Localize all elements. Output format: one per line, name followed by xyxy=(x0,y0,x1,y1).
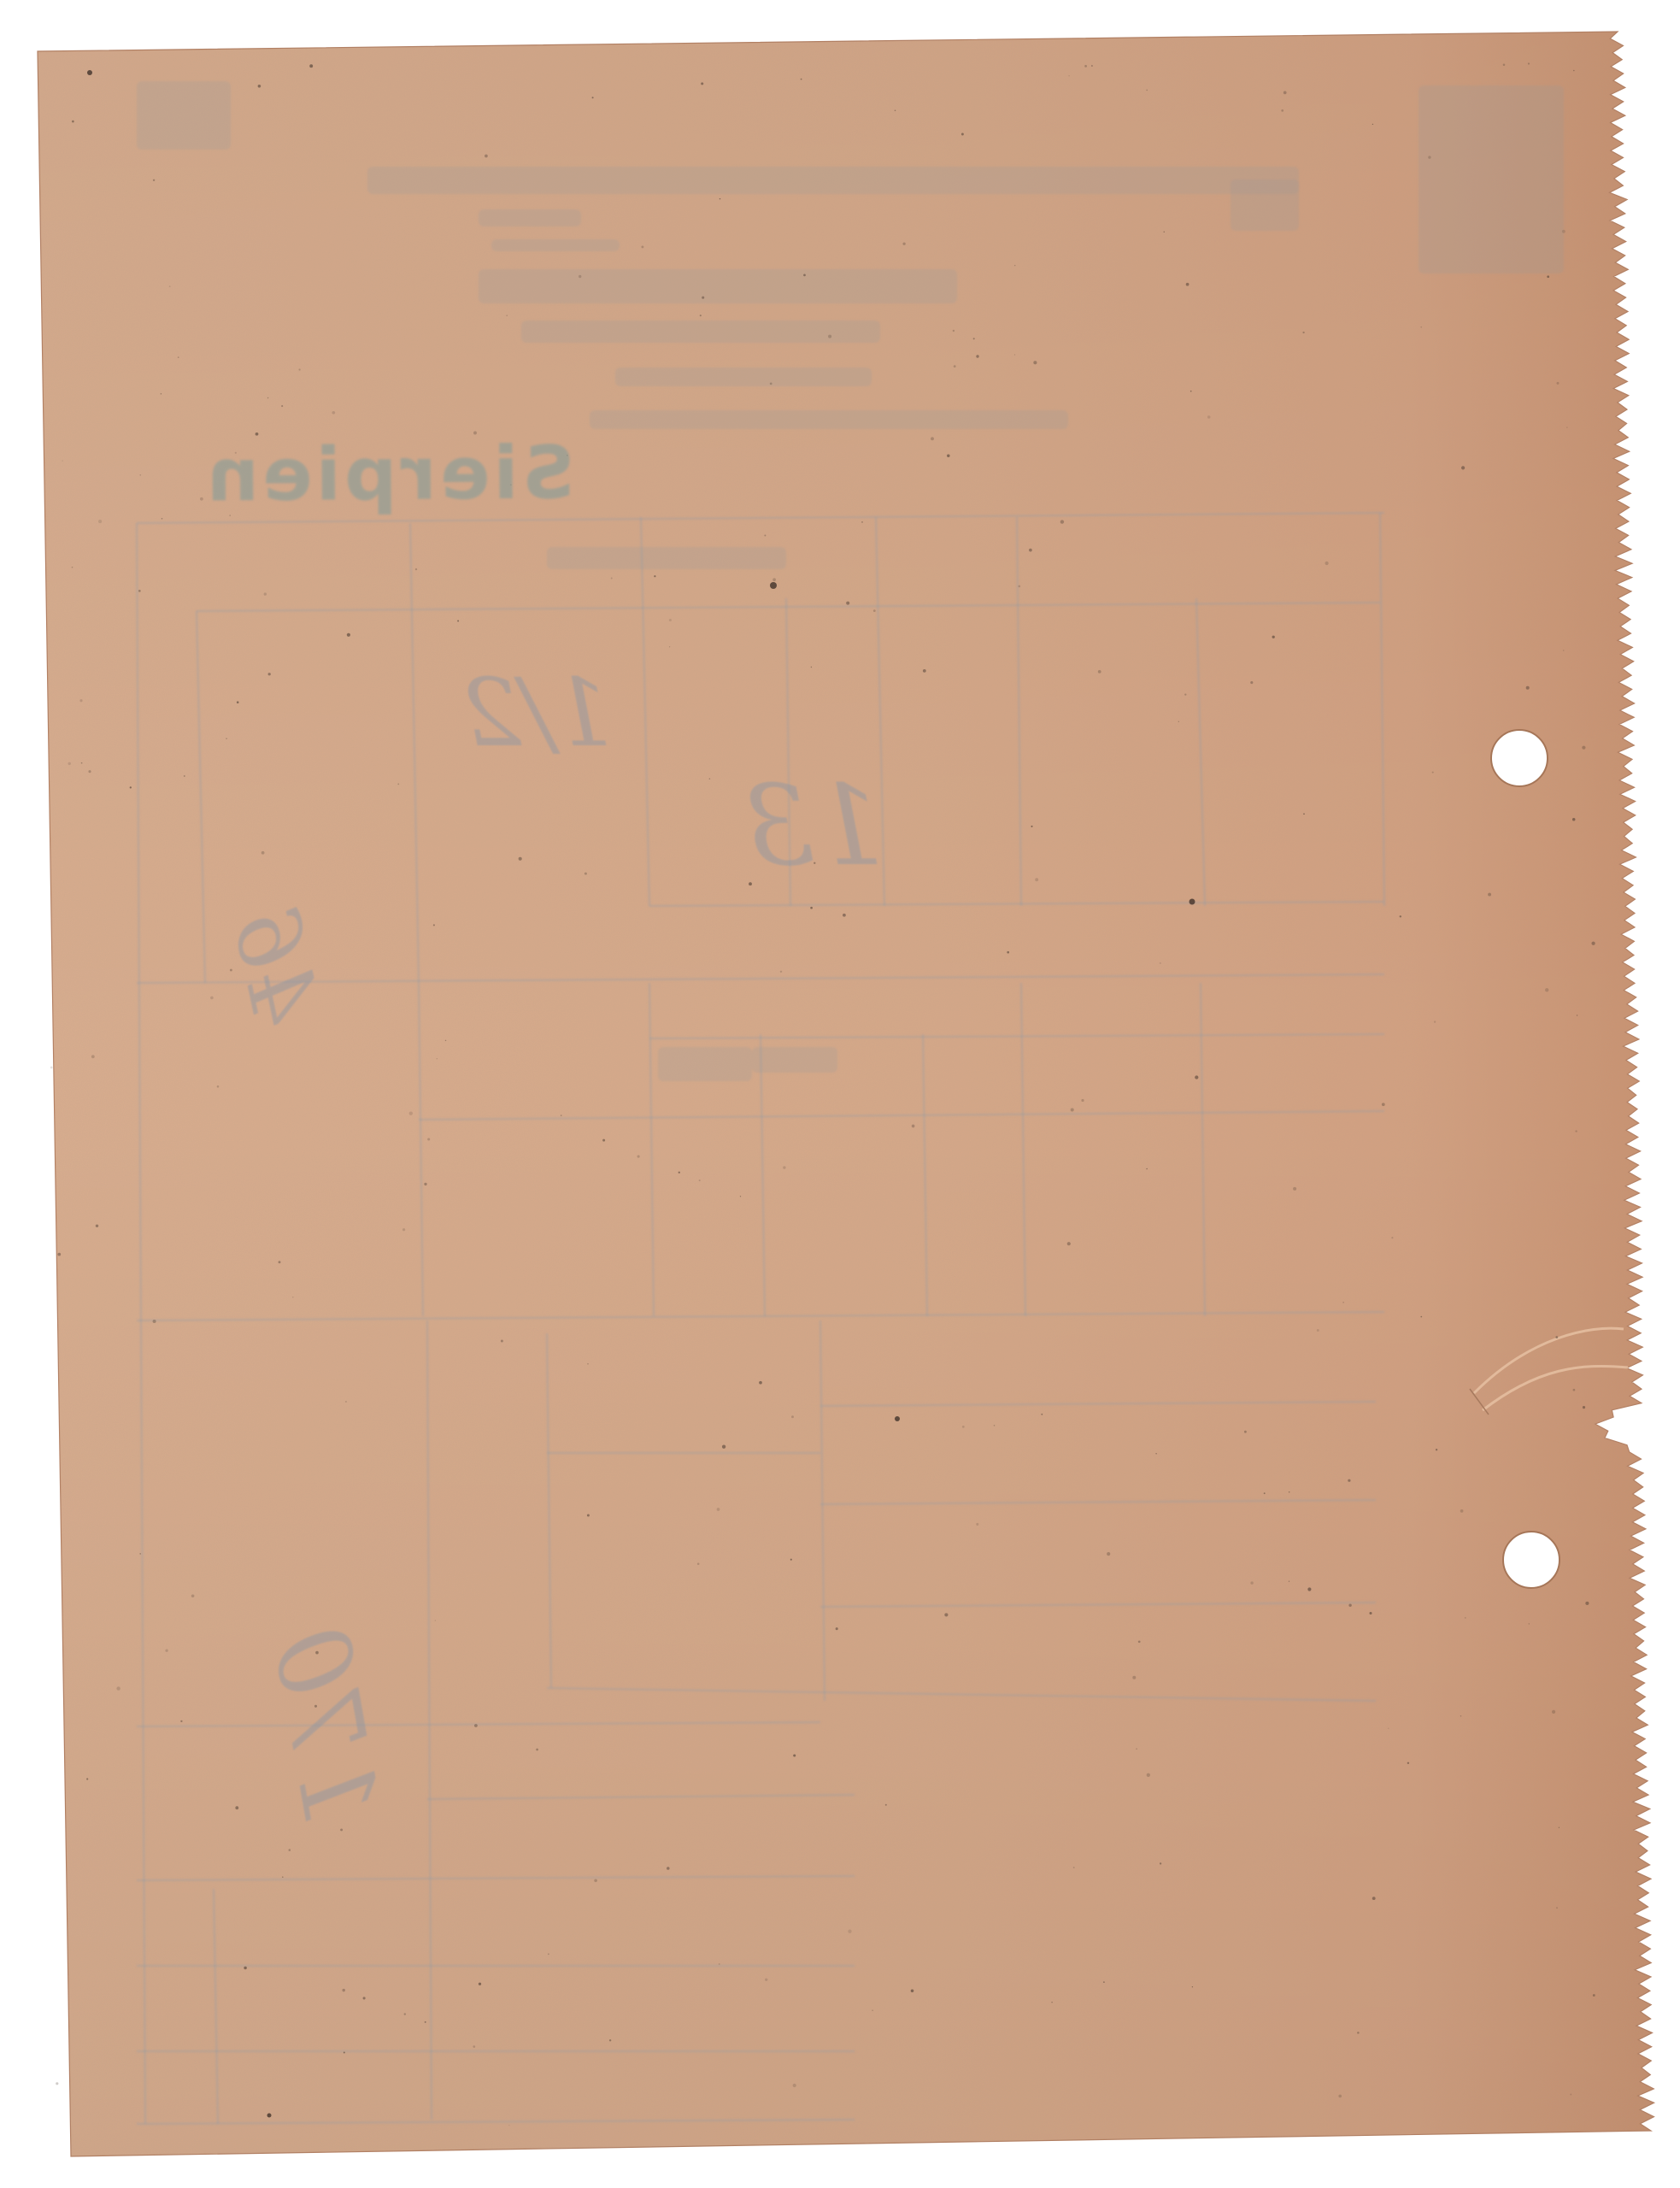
scanned-page xyxy=(0,0,1680,2188)
punch-hole-bottom xyxy=(1503,1532,1560,1588)
handwritten-mark: 13 xyxy=(743,761,884,891)
paper-sheet xyxy=(38,32,1654,2156)
handwritten-mark: 1/2 xyxy=(461,658,613,768)
month-stamp: Sierpien xyxy=(203,430,575,518)
punch-hole-top xyxy=(1491,730,1548,786)
